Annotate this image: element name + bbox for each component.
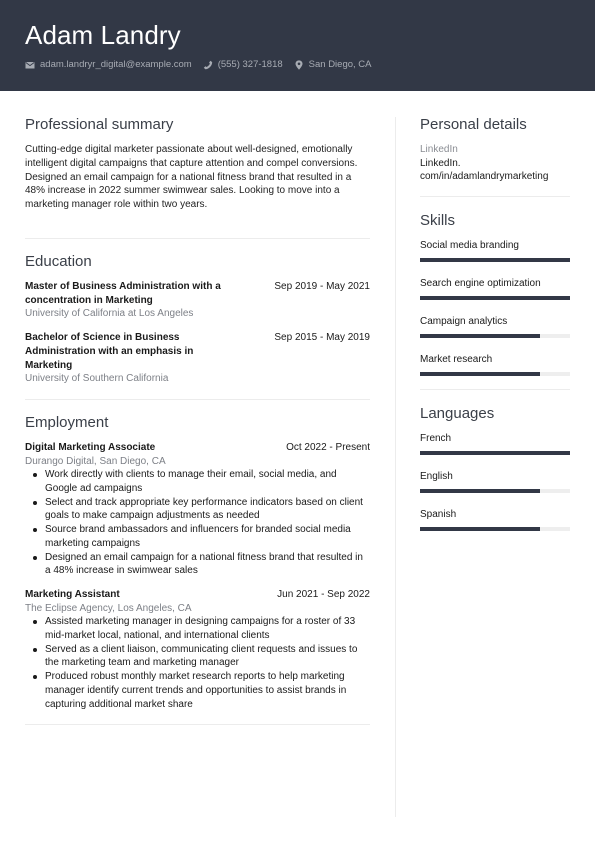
employment-dates: Jun 2021 - Sep 2022: [277, 588, 370, 602]
contact-info: adam.landryr_digital@example.com (555) 3…: [25, 59, 383, 70]
company-name: The Eclipse Agency, Los Angeles, CA: [25, 602, 370, 616]
phone-text[interactable]: (555) 327-1818: [218, 59, 283, 70]
language-item: French: [420, 432, 570, 455]
main-column: Professional summary Cutting-edge digita…: [25, 116, 370, 725]
language-level-fill: [420, 489, 540, 493]
responsibilities-list: Assisted marketing manager in designing …: [25, 615, 370, 711]
section-title: Education: [25, 253, 370, 271]
contact-email: adam.landryr_digital@example.com: [25, 59, 192, 70]
section-divider: [25, 399, 370, 400]
phone-icon: [203, 60, 213, 70]
degree-title: Bachelor of Science in Business Administ…: [25, 331, 235, 372]
section-title: Skills: [420, 212, 570, 230]
skill-name: Search engine optimization: [420, 277, 570, 290]
skill-item: Market research: [420, 353, 570, 376]
school-name: University of Southern California: [25, 372, 370, 386]
personal-details-section: Personal details LinkedIn LinkedIn. com/…: [420, 116, 570, 184]
section-title: Professional summary: [25, 116, 370, 134]
skill-level-fill: [420, 372, 540, 376]
company-name: Durango Digital, San Diego, CA: [25, 455, 370, 469]
linkedin-url-line1[interactable]: LinkedIn.: [420, 157, 570, 171]
linkedin-label: LinkedIn: [420, 143, 570, 157]
language-level-bar: [420, 527, 570, 531]
list-item: Select and track appropriate key perform…: [25, 496, 370, 523]
skills-section: Skills Social media brandingSearch engin…: [420, 212, 570, 376]
job-title: Marketing Assistant: [25, 588, 235, 602]
skill-level-bar: [420, 372, 570, 376]
list-item: Served as a client liaison, communicatin…: [25, 643, 370, 670]
skill-name: Social media branding: [420, 239, 570, 252]
skill-item: Campaign analytics: [420, 315, 570, 338]
skill-level-bar: [420, 258, 570, 262]
language-level-bar: [420, 451, 570, 455]
education-dates: Sep 2019 - May 2021: [274, 280, 370, 294]
education-dates: Sep 2015 - May 2019: [274, 331, 370, 345]
list-item: Designed an email campaign for a nationa…: [25, 551, 370, 578]
skill-level-fill: [420, 334, 540, 338]
summary-section: Professional summary Cutting-edge digita…: [25, 116, 370, 212]
summary-text: Cutting-edge digital marketer passionate…: [25, 143, 370, 212]
email-text[interactable]: adam.landryr_digital@example.com: [40, 59, 192, 70]
skill-level-fill: [420, 258, 570, 262]
list-item: Assisted marketing manager in designing …: [25, 615, 370, 642]
language-name: French: [420, 432, 570, 445]
list-item: Produced robust monthly market research …: [25, 670, 370, 711]
job-title: Digital Marketing Associate: [25, 441, 235, 455]
section-title: Personal details: [420, 116, 570, 134]
section-title: Languages: [420, 405, 570, 423]
employment-item: Digital Marketing Associate Oct 2022 - P…: [25, 441, 370, 578]
skill-level-bar: [420, 334, 570, 338]
degree-title: Master of Business Administration with a…: [25, 280, 235, 307]
resume-header: Adam Landry adam.landryr_digital@example…: [0, 0, 595, 91]
employment-dates: Oct 2022 - Present: [286, 441, 370, 455]
education-section: Education Master of Business Administrat…: [25, 253, 370, 386]
language-item: English: [420, 470, 570, 493]
language-level-bar: [420, 489, 570, 493]
skill-level-fill: [420, 296, 570, 300]
sidebar-column: Personal details LinkedIn LinkedIn. com/…: [420, 116, 570, 546]
responsibilities-list: Work directly with clients to manage the…: [25, 468, 370, 578]
language-item: Spanish: [420, 508, 570, 531]
skill-level-bar: [420, 296, 570, 300]
candidate-name: Adam Landry: [25, 20, 181, 51]
section-divider: [420, 389, 570, 390]
linkedin-url-line2[interactable]: com/in/adamlandrymarketing: [420, 170, 570, 184]
contact-phone: (555) 327-1818: [203, 59, 283, 70]
map-pin-icon: [294, 60, 304, 70]
language-name: Spanish: [420, 508, 570, 521]
languages-list: FrenchEnglishSpanish: [420, 432, 570, 531]
education-item: Bachelor of Science in Business Administ…: [25, 331, 370, 386]
employment-section: Employment Digital Marketing Associate O…: [25, 414, 370, 711]
school-name: University of California at Los Angeles: [25, 307, 370, 321]
envelope-icon: [25, 60, 35, 70]
skill-name: Market research: [420, 353, 570, 366]
language-level-fill: [420, 527, 540, 531]
location-text: San Diego, CA: [309, 59, 372, 70]
list-item: Work directly with clients to manage the…: [25, 468, 370, 495]
languages-section: Languages FrenchEnglishSpanish: [420, 405, 570, 531]
section-divider: [25, 724, 370, 725]
column-divider: [395, 117, 396, 817]
contact-location: San Diego, CA: [294, 59, 372, 70]
skills-list: Social media brandingSearch engine optim…: [420, 239, 570, 376]
language-name: English: [420, 470, 570, 483]
language-level-fill: [420, 451, 570, 455]
section-title: Employment: [25, 414, 370, 432]
skill-name: Campaign analytics: [420, 315, 570, 328]
section-divider: [25, 238, 370, 239]
skill-item: Social media branding: [420, 239, 570, 262]
education-item: Master of Business Administration with a…: [25, 280, 370, 321]
skill-item: Search engine optimization: [420, 277, 570, 300]
list-item: Source brand ambassadors and influencers…: [25, 523, 370, 550]
section-divider: [420, 196, 570, 197]
employment-item: Marketing Assistant Jun 2021 - Sep 2022 …: [25, 588, 370, 711]
